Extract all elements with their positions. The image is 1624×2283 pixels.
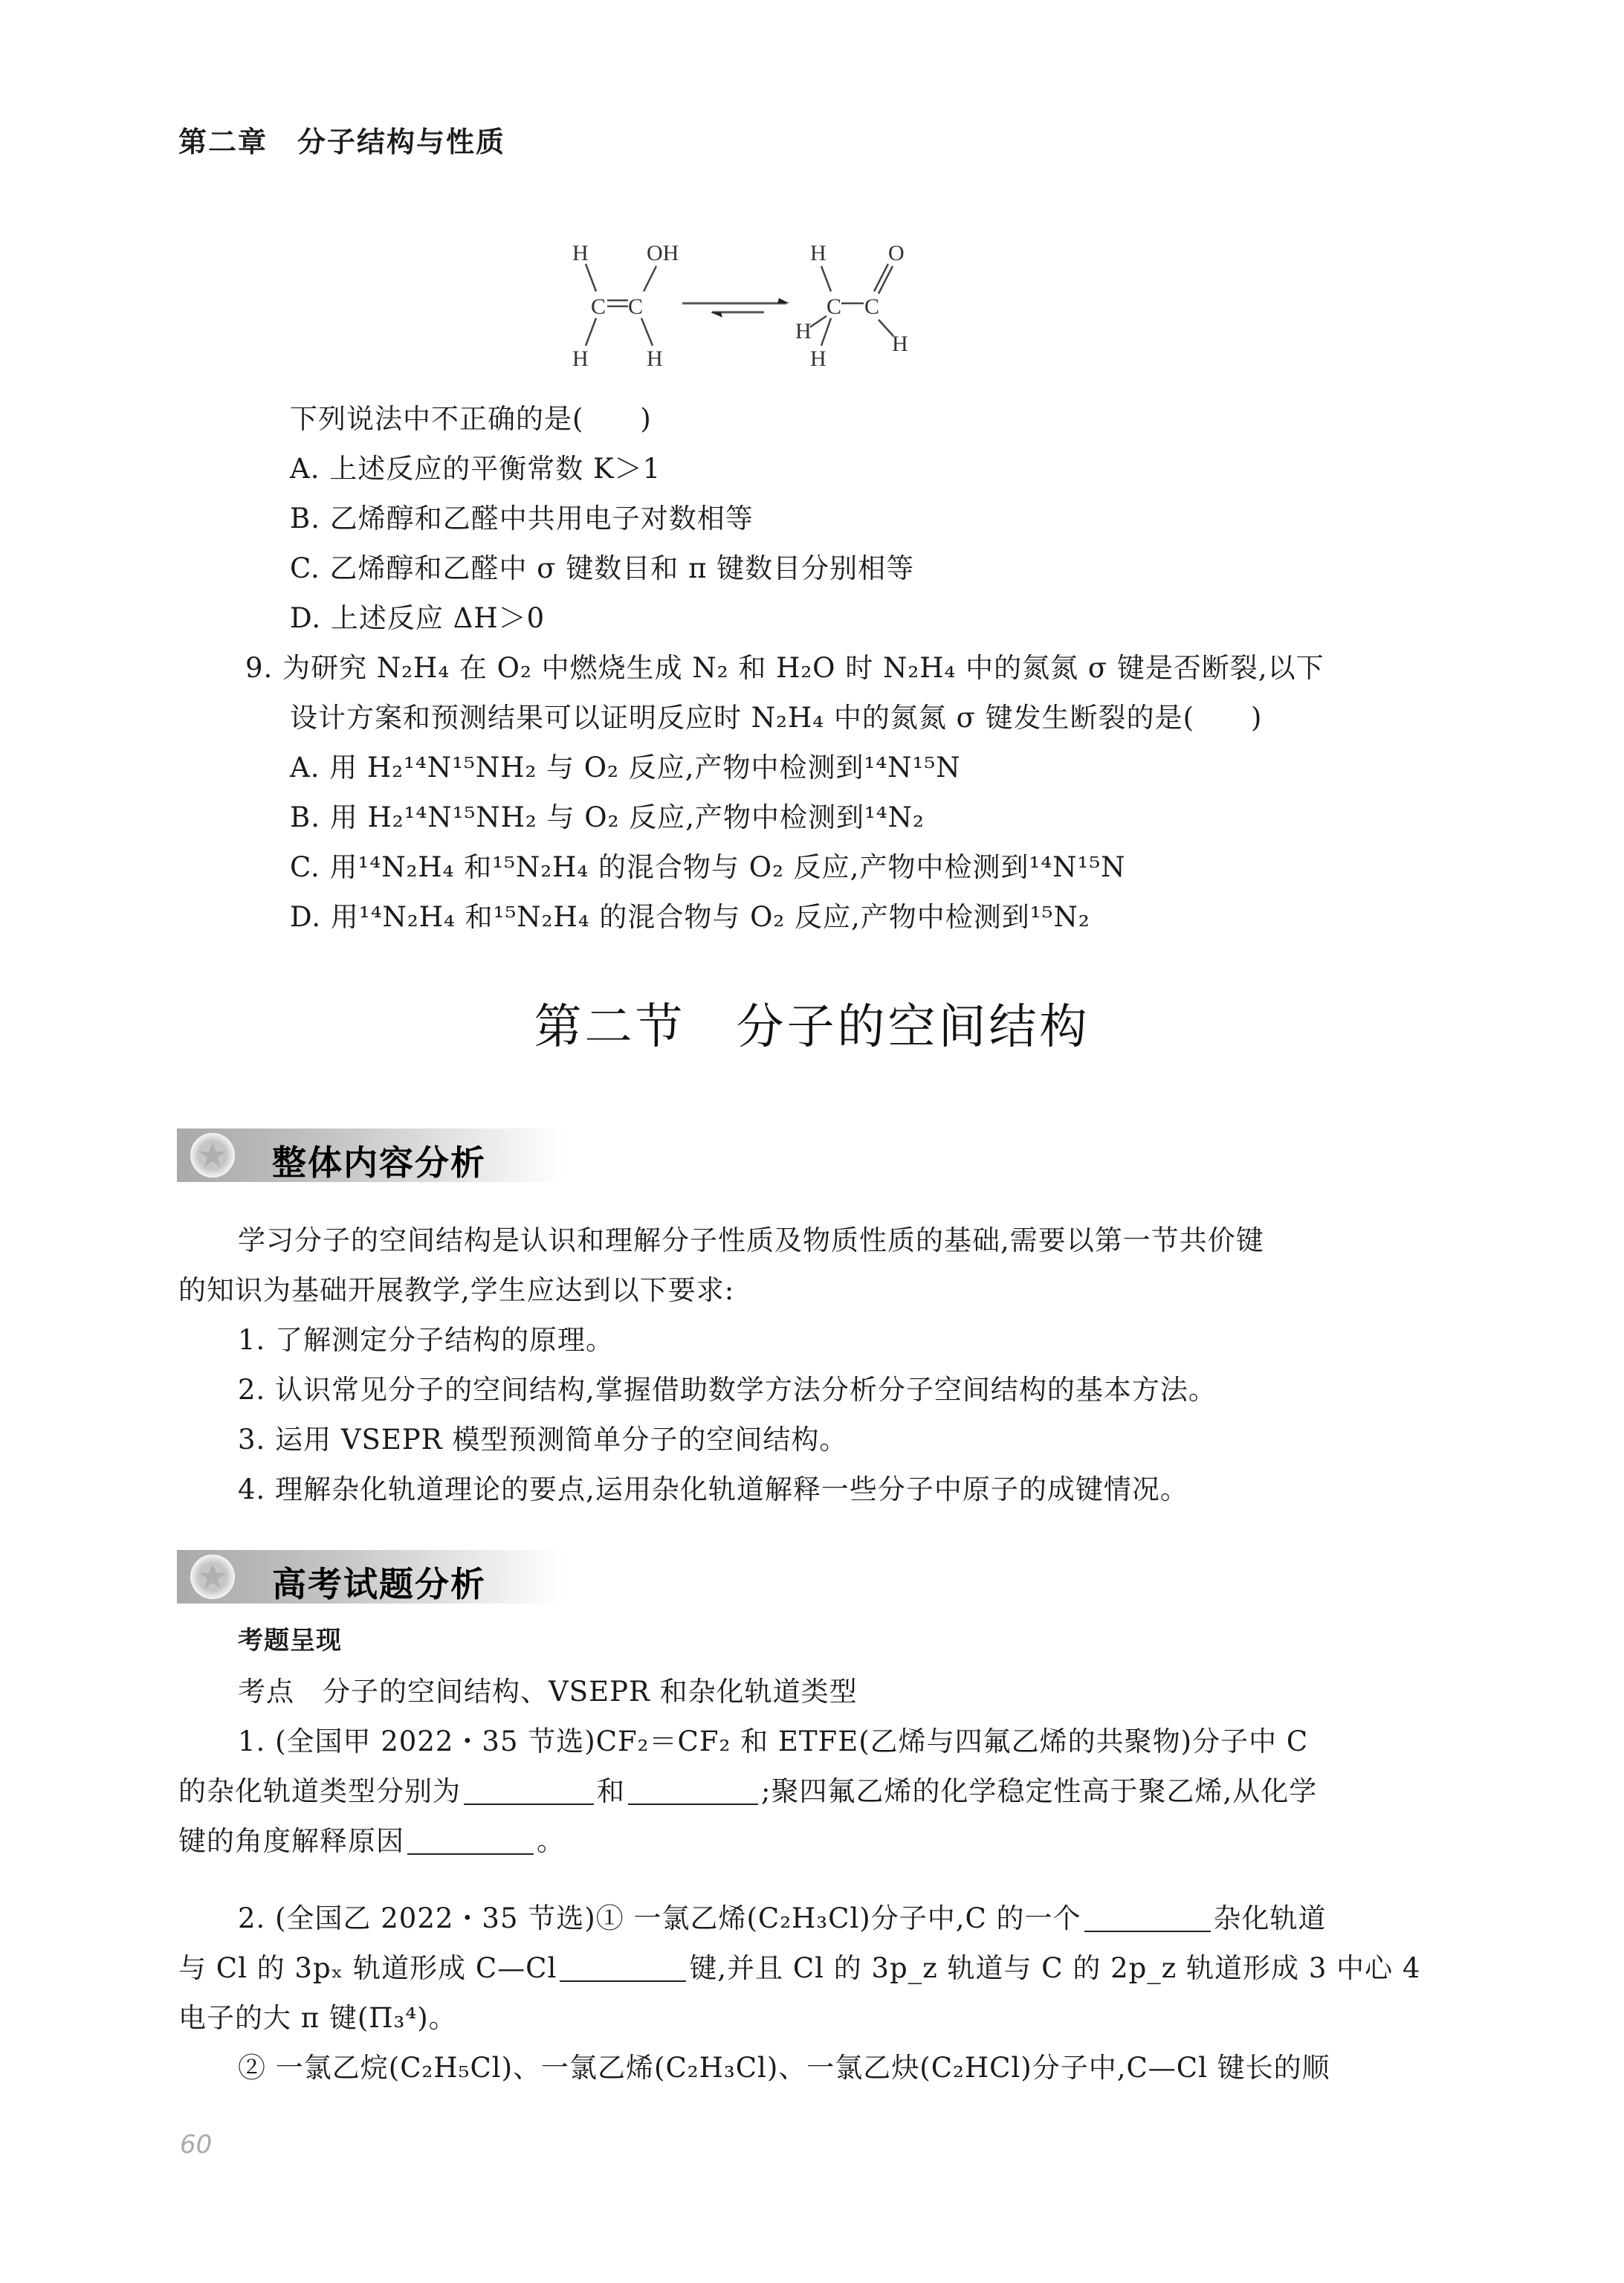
question-9-line-2: 设计方案和预测结果可以证明反应时 N₂H₄ 中的氮氮 σ 键发生断裂的是( ) [290, 704, 1262, 732]
text-segment: 。 [537, 1825, 565, 1857]
option-text: 用 H₂¹⁴N¹⁵NH₂ 与 O₂ 反应,产物中检测到¹⁴N¹⁵N [329, 752, 960, 784]
text-segment: 杂化轨道 [1214, 1902, 1327, 1934]
vinyl-alcohol-acetaldehyde-diagram: H OH C C H H H O C C H H H [550, 223, 1085, 379]
section-banner-overview: 整体内容分析 [177, 1128, 563, 1182]
option-text: 用¹⁴N₂H₄ 和¹⁵N₂H₄ 的混合物与 O₂ 反应,产物中检测到¹⁴N¹⁵N [330, 851, 1126, 883]
exam-topic: 考点 分子的空间结构、VSEPR 和杂化轨道类型 [238, 1678, 858, 1705]
requirement-item: 1. 了解测定分子结构的原理。 [238, 1326, 614, 1354]
option-text: 乙烯醇和乙醛中共用电子对数相等 [330, 503, 754, 535]
option-d: D. 上述反应 ΔH＞0 [290, 604, 545, 632]
option-a: A. 上述反应的平衡常数 K＞1 [290, 455, 661, 482]
svg-text:H: H [572, 346, 589, 371]
svg-text:H: H [795, 319, 812, 343]
option-text: 上述反应 ΔH＞0 [331, 602, 545, 634]
exam-question-1-line-3: 键的角度解释原因。 [178, 1827, 565, 1855]
option-label: D. [290, 602, 321, 634]
text-segment: 与 Cl 的 3pₓ 轨道形成 C—Cl [178, 1952, 557, 1984]
svg-text:H: H [810, 346, 826, 371]
page-number: 60 [180, 2130, 212, 2160]
svg-text:C: C [591, 294, 606, 319]
star-icon [190, 1554, 235, 1599]
answer-blank[interactable] [464, 1781, 594, 1805]
star-icon-glyph [198, 1562, 227, 1592]
requirement-item: 3. 运用 VSEPR 模型预测简单分子的空间结构。 [238, 1426, 847, 1453]
option-text: 用 H₂¹⁴N¹⁵NH₂ 与 O₂ 反应,产物中检测到¹⁴N₂ [330, 801, 925, 833]
answer-blank[interactable] [407, 1831, 534, 1855]
option-c: C. 用¹⁴N₂H₄ 和¹⁵N₂H₄ 的混合物与 O₂ 反应,产物中检测到¹⁴N… [290, 853, 1126, 881]
running-header: 第二章 分子结构与性质 [178, 119, 505, 160]
answer-blank[interactable] [1084, 1908, 1211, 1932]
section-title: 第二节 分子的空间结构 [0, 989, 1624, 1057]
star-icon [190, 1133, 235, 1178]
svg-text:OH: OH [647, 241, 679, 265]
text-segment: 键,并且 Cl 的 3p_z 轨道与 C 的 2p_z 轨道形成 3 中心 4 [689, 1952, 1420, 1984]
option-label: B. [290, 503, 320, 535]
exam-question-2-line-2: 与 Cl 的 3pₓ 轨道形成 C—Cl键,并且 Cl 的 3p_z 轨道与 C… [178, 1954, 1420, 1982]
svg-text:C: C [826, 294, 841, 319]
svg-text:H: H [892, 332, 908, 356]
svg-text:C: C [628, 294, 643, 319]
svg-text:C: C [864, 294, 879, 319]
banner-title: 高考试题分析 [272, 1557, 486, 1607]
section-banner-exam: 高考试题分析 [177, 1550, 563, 1604]
exam-subheading: 考题呈现 [238, 1628, 342, 1653]
chemical-equilibrium-diagram: H OH C C H H H O C C H H H [550, 223, 1085, 382]
svg-text:H: H [647, 346, 663, 371]
exam-question-2-line-3: 电子的大 π 键(Π₃⁴)。 [178, 2004, 457, 2032]
option-label: C. [290, 552, 320, 584]
star-icon-glyph [198, 1140, 227, 1170]
svg-text:O: O [888, 241, 905, 265]
overview-intro-line-2: 的知识为基础开展教学,学生应达到以下要求: [178, 1276, 734, 1304]
question-9-line-1: 9. 为研究 N₂H₄ 在 O₂ 中燃烧生成 N₂ 和 H₂O 时 N₂H₄ 中… [245, 654, 1324, 682]
option-c: C. 乙烯醇和乙醛中 σ 键数目和 π 键数目分别相等 [290, 555, 914, 582]
question-stem: 为研究 N₂H₄ 在 O₂ 中燃烧生成 N₂ 和 H₂O 时 N₂H₄ 中的氮氮… [282, 652, 1324, 684]
exam-question-1-line-1: 1. (全国甲 2022・35 节选)CF₂＝CF₂ 和 ETFE(乙烯与四氟乙… [238, 1728, 1308, 1755]
option-b: B. 乙烯醇和乙醛中共用电子对数相等 [290, 505, 754, 532]
overview-intro-line-1: 学习分子的空间结构是认识和理解分子性质及物质性质的基础,需要以第一节共价键 [238, 1227, 1264, 1254]
option-label: A. [290, 453, 320, 485]
text-segment: 2. (全国乙 2022・35 节选)① 一氯乙烯(C₂H₃Cl)分子中,C 的… [238, 1902, 1081, 1934]
exam-question-2-line-4: ② 一氯乙烷(C₂H₅Cl)、一氯乙烯(C₂H₃Cl)、一氯乙炔(C₂HCl)分… [238, 2054, 1330, 2082]
option-b: B. 用 H₂¹⁴N¹⁵NH₂ 与 O₂ 反应,产物中检测到¹⁴N₂ [290, 804, 925, 831]
option-text: 乙烯醇和乙醛中 σ 键数目和 π 键数目分别相等 [330, 552, 915, 584]
answer-blank[interactable] [560, 1958, 686, 1982]
banner-title: 整体内容分析 [272, 1136, 486, 1185]
exam-question-1-line-2: 的杂化轨道类型分别为和;聚四氟乙烯的化学稳定性高于聚乙烯,从化学 [178, 1777, 1317, 1805]
svg-text:H: H [572, 241, 589, 265]
text-segment: 和 [597, 1775, 625, 1807]
exam-question-2-line-1: 2. (全国乙 2022・35 节选)① 一氯乙烯(C₂H₃Cl)分子中,C 的… [238, 1905, 1327, 1932]
option-label: B. [290, 801, 320, 833]
answer-blank[interactable] [628, 1781, 758, 1805]
option-label: A. [290, 752, 320, 784]
question-number: 9. [245, 652, 273, 684]
text-segment: ;聚四氟乙烯的化学稳定性高于聚乙烯,从化学 [761, 1775, 1317, 1807]
option-label: C. [290, 851, 320, 883]
option-text: 上述反应的平衡常数 K＞1 [329, 453, 661, 485]
option-d: D. 用¹⁴N₂H₄ 和¹⁵N₂H₄ 的混合物与 O₂ 反应,产物中检测到¹⁵N… [290, 903, 1090, 931]
text-segment: 的杂化轨道类型分别为 [178, 1775, 461, 1807]
requirement-item: 2. 认识常见分子的空间结构,掌握借助数学方法分析分子空间结构的基本方法。 [238, 1376, 1217, 1404]
text-segment: 键的角度解释原因 [178, 1825, 404, 1857]
option-text: 用¹⁴N₂H₄ 和¹⁵N₂H₄ 的混合物与 O₂ 反应,产物中检测到¹⁵N₂ [331, 901, 1090, 933]
svg-text:H: H [810, 241, 826, 265]
question-stem: 下列说法中不正确的是( ) [290, 405, 652, 433]
requirement-item: 4. 理解杂化轨道理论的要点,运用杂化轨道解释一些分子中原子的成键情况。 [238, 1476, 1188, 1503]
option-a: A. 用 H₂¹⁴N¹⁵NH₂ 与 O₂ 反应,产物中检测到¹⁴N¹⁵N [290, 754, 961, 781]
option-label: D. [290, 901, 321, 933]
